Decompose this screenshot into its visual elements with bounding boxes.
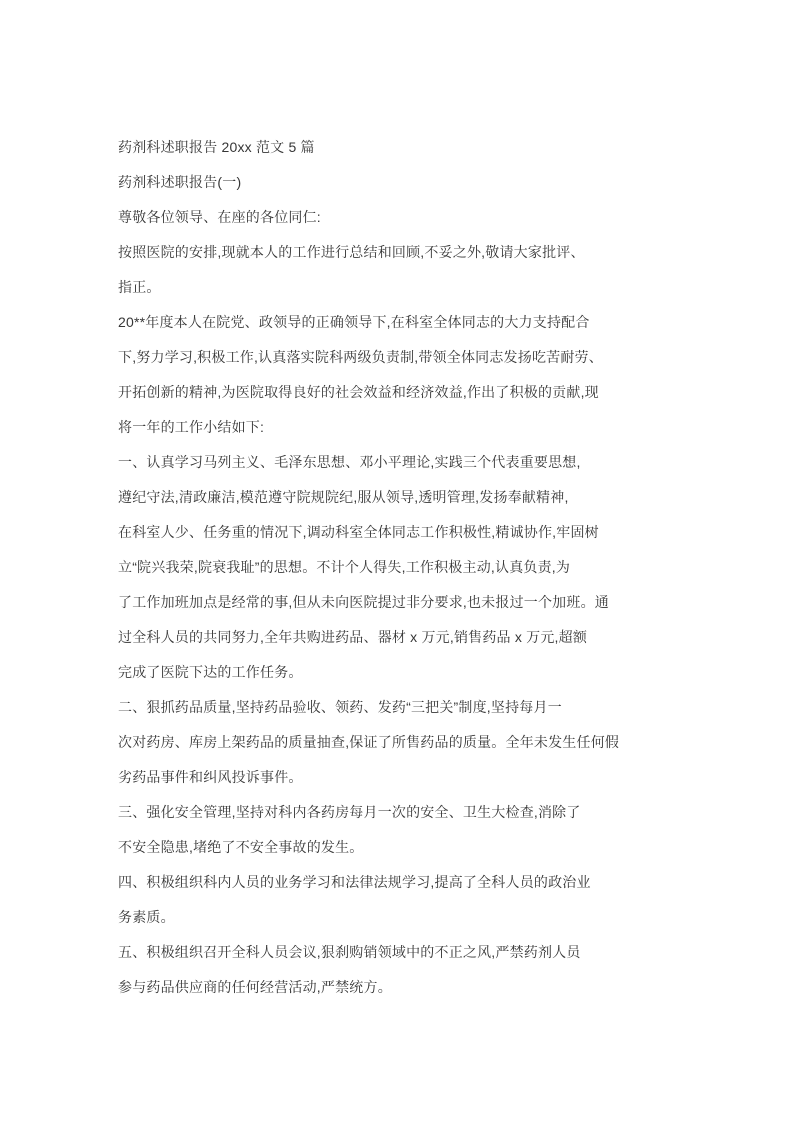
document-page: 药剂科述职报告 20xx 范文 5 篇 药剂科述职报告(一) 尊敬各位领导、在座… <box>0 0 793 1122</box>
salutation-line: 尊敬各位领导、在座的各位同仁: <box>118 200 698 235</box>
text-line: 过全科人员的共同努力,全年共购进药品、器材 x 万元,销售药品 x 万元,超额 <box>118 620 698 655</box>
text-line: 完成了医院下达的工作任务。 <box>118 655 698 690</box>
text-line: 务素质。 <box>118 900 698 935</box>
text-line: 将一年的工作小结如下: <box>118 410 698 445</box>
text-line: 二、狠抓药品质量,坚持药品验收、领药、发药“三把关”制度,坚持每月一 <box>118 690 698 725</box>
text-line: 立“院兴我荣,院衰我耻”的思想。不计个人得失,工作积极主动,认真负责,为 <box>118 550 698 585</box>
text-line: 按照医院的安排,现就本人的工作进行总结和回顾,不妥之外,敬请大家批评、 <box>118 235 698 270</box>
text-line: 20**年度本人在院党、政领导的正确领导下,在科室全体同志的大力支持配合 <box>118 305 698 340</box>
text-line: 四、积极组织科内人员的业务学习和法律法规学习,提高了全科人员的政治业 <box>118 865 698 900</box>
text-line: 参与药品供应商的任何经营活动,严禁统方。 <box>118 970 698 1005</box>
document-title: 药剂科述职报告 20xx 范文 5 篇 <box>118 130 698 165</box>
text-line: 下,努力学习,积极工作,认真落实院科两级负责制,带领全体同志发扬吃苦耐劳、 <box>118 340 698 375</box>
text-line: 在科室人少、任务重的情况下,调动科室全体同志工作积极性,精诚协作,牢固树 <box>118 515 698 550</box>
text-line: 五、积极组织召开全科人员会议,狠刹购销领域中的不正之风,严禁药剂人员 <box>118 935 698 970</box>
text-line: 一、认真学习马列主义、毛泽东思想、邓小平理论,实践三个代表重要思想, <box>118 445 698 480</box>
text-line: 不安全隐患,堵绝了不安全事故的发生。 <box>118 830 698 865</box>
text-line: 了工作加班加点是经常的事,但从未向医院提过非分要求,也未报过一个加班。通 <box>118 585 698 620</box>
text-line: 劣药品事件和纠风投诉事件。 <box>118 760 698 795</box>
text-line: 遵纪守法,清政廉洁,模范遵守院规院纪,服从领导,透明管理,发扬奉献精神, <box>118 480 698 515</box>
document-body: 药剂科述职报告 20xx 范文 5 篇 药剂科述职报告(一) 尊敬各位领导、在座… <box>118 130 698 1005</box>
text-line: 开拓创新的精神,为医院取得良好的社会效益和经济效益,作出了积极的贡献,现 <box>118 375 698 410</box>
text-line: 三、强化安全管理,坚持对科内各药房每月一次的安全、卫生大检查,消除了 <box>118 795 698 830</box>
text-line: 指正。 <box>118 270 698 305</box>
text-line: 次对药房、库房上架药品的质量抽查,保证了所售药品的质量。全年未发生任何假 <box>118 725 698 760</box>
section-heading: 药剂科述职报告(一) <box>118 165 698 200</box>
